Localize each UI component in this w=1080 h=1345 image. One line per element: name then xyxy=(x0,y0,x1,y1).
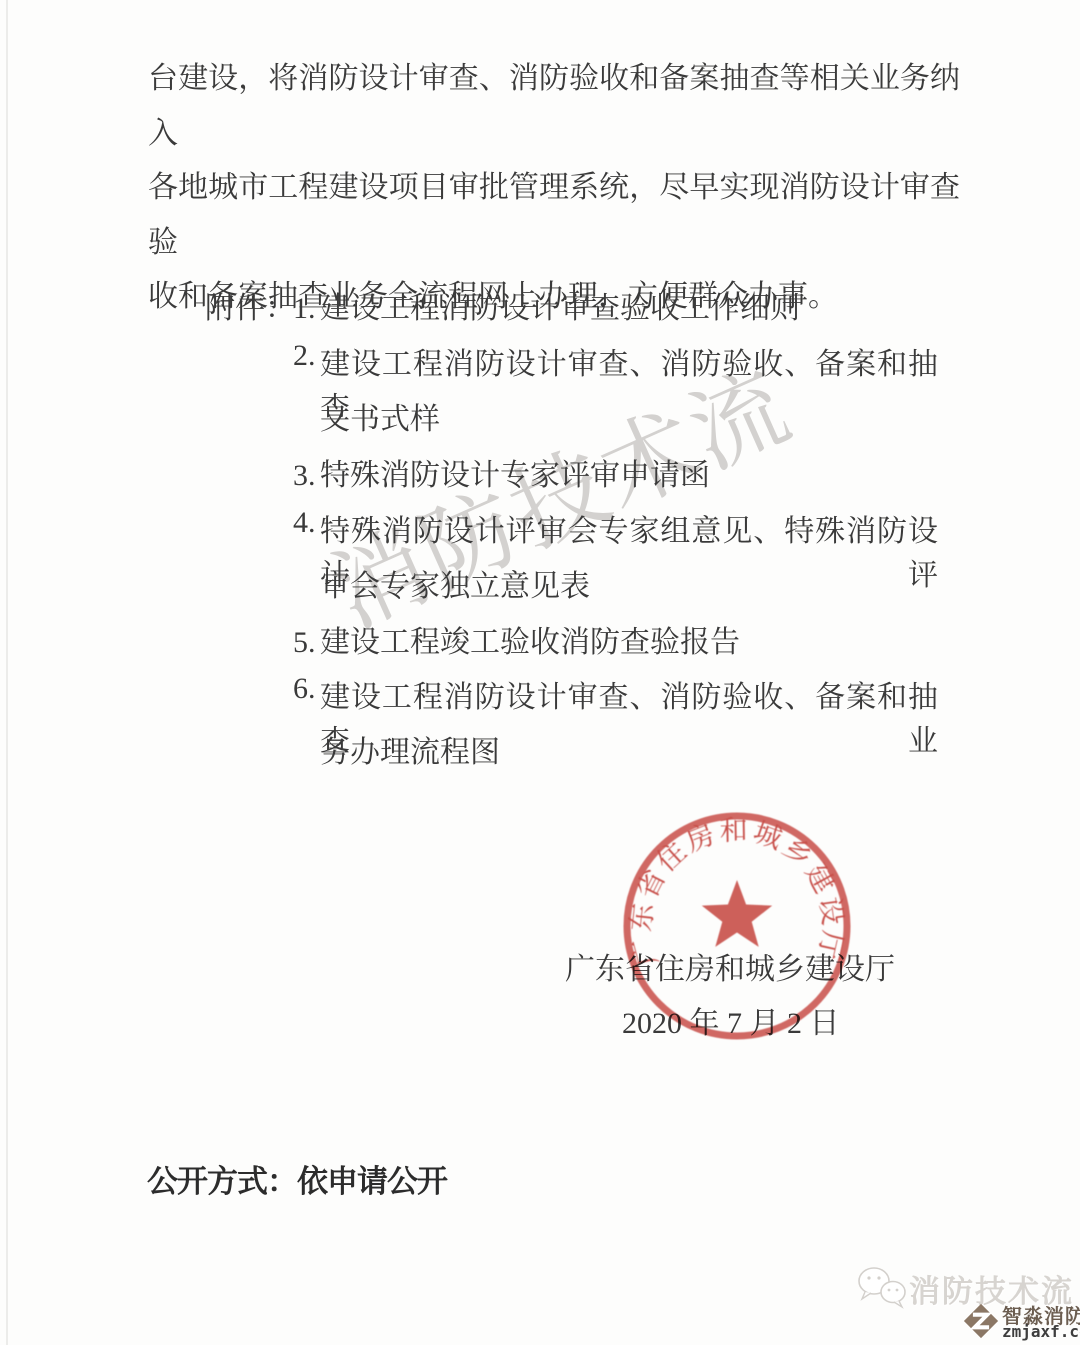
attachment-item: 3.特殊消防设计专家评审申请函 xyxy=(293,450,710,494)
attachment-number: 6. xyxy=(293,672,320,706)
document-page: 消防技术流 台建设，将消防设计审查、消防验收和备案抽查等相关业务纳入 各地城市工… xyxy=(0,0,1080,1345)
attachment-item: 5.建设工程竣工验收消防查验报告 xyxy=(293,617,740,661)
seal-star-icon xyxy=(702,880,772,947)
attachment-number: 5. xyxy=(293,626,320,660)
attachment-number: 2. xyxy=(293,339,320,373)
wechat-bubbles-icon xyxy=(855,1263,909,1313)
official-seal: 广东省住房和城乡建设厅 xyxy=(620,809,854,1043)
attachments-label: 附件： xyxy=(205,283,295,327)
page-edge-line xyxy=(6,0,8,1345)
attachment-number: 3. xyxy=(293,459,320,493)
seal-graphic: 广东省住房和城乡建设厅 xyxy=(620,809,854,1043)
disclosure-method: 公开方式：依申请公开 xyxy=(147,1156,447,1201)
attachment-number: 1. xyxy=(293,292,320,326)
attachment-number: 4. xyxy=(293,506,320,540)
attachment-text: 特殊消防设计专家评审申请函 xyxy=(320,459,710,492)
attachment-text: 建设工程竣工验收消防查验报告 xyxy=(320,626,740,659)
attachment-text-continuation: 文书式样 xyxy=(320,394,440,438)
footer-website: zmjaxf.com xyxy=(1002,1322,1080,1341)
body-line: 各地城市工程建设项目审批管理系统，尽早实现消防设计审查验 xyxy=(148,161,960,270)
attachment-text-continuation: 审会专家独立意见表 xyxy=(320,561,590,605)
body-line: 台建设，将消防设计审查、消防验收和备案抽查等相关业务纳入 xyxy=(148,52,960,161)
attachment-text-continuation: 务办理流程图 xyxy=(320,727,500,771)
attachment-text: 建设工程消防设计审查验收工作细则 xyxy=(320,292,800,325)
attachment-item: 1.建设工程消防设计审查验收工作细则 xyxy=(293,283,800,327)
zhimiao-diamond-icon xyxy=(963,1303,999,1339)
